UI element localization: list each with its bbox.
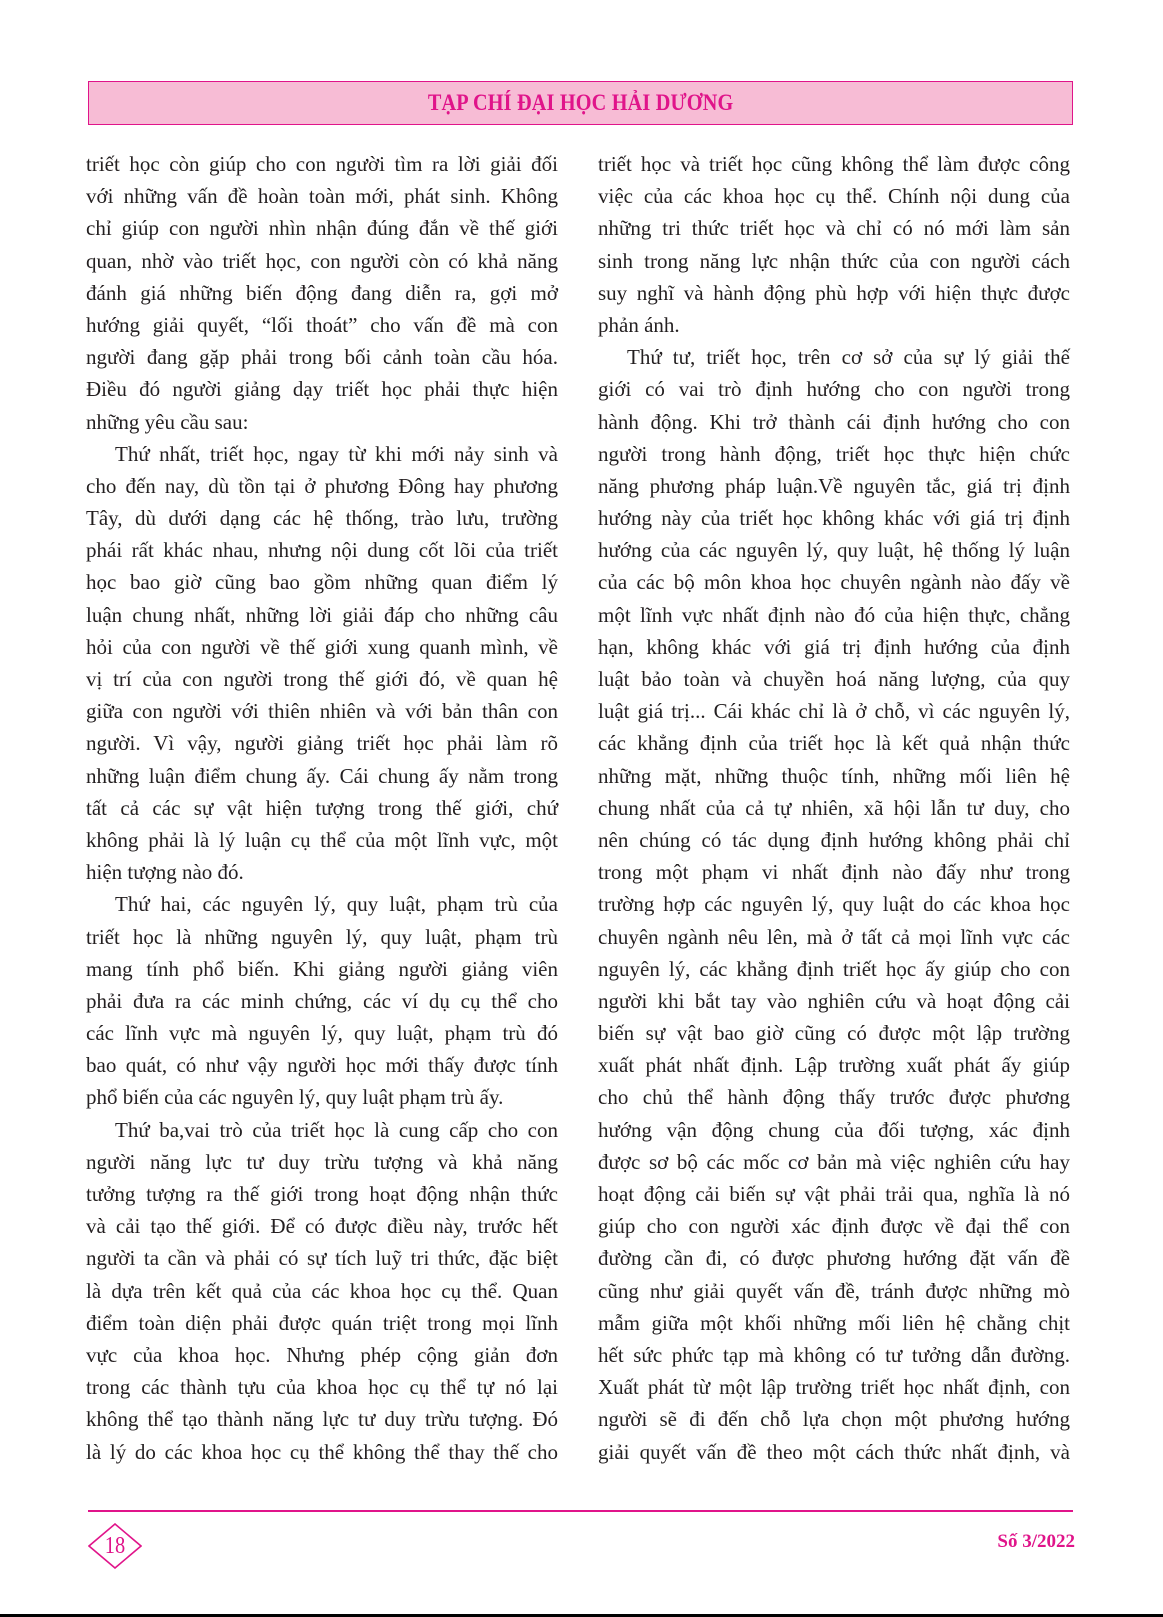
text-line: chung nhất của cả tự nhiên, xã hội lẫn t… — [598, 792, 1070, 824]
text-line: năng phương pháp luận.Về nguyên tắc, giá… — [598, 470, 1070, 502]
text-line: phải đưa ra các minh chứng, các ví dụ cụ… — [86, 985, 558, 1017]
text-line: của các bộ môn khoa học chuyên ngành nào… — [598, 566, 1070, 598]
text-line: các lĩnh vực mà nguyên lý, quy luật, phạ… — [86, 1017, 558, 1049]
text-line: người trong hành động, triết học thực hi… — [598, 438, 1070, 470]
text-line: là dựa trên kết quả của các khoa học cụ … — [86, 1275, 558, 1307]
text-line: chỉ giúp con người nhìn nhận đúng đắn về… — [86, 212, 558, 244]
text-line: xuất phát nhất định. Lập trường xuất phá… — [598, 1049, 1070, 1081]
text-line: Xuất phát từ một lập trường triết học nh… — [598, 1371, 1070, 1403]
text-line: vực của khoa học. Nhưng phép cộng giản đ… — [86, 1339, 558, 1371]
text-line: hướng giải quyết, “lối thoát” cho vấn đề… — [86, 309, 558, 341]
text-line: các khẳng định của triết học là kết quả … — [598, 727, 1070, 759]
text-line: những yêu cầu sau: — [86, 406, 558, 438]
text-line: nguyên lý, các khẳng định triết học ấy g… — [598, 953, 1070, 985]
text-line: là lý do các khoa học cụ thể không thể t… — [86, 1436, 558, 1468]
text-line: giúp cho con người xác định được về đại … — [598, 1210, 1070, 1242]
text-line: quan, nhờ vào triết học, con người còn c… — [86, 245, 558, 277]
text-line: hỏi của con người về thế giới xung quanh… — [86, 631, 558, 663]
text-line: người sẽ đi đến chỗ lựa chọn một phương … — [598, 1403, 1070, 1435]
text-line: hiện tượng nào đó. — [86, 856, 558, 888]
text-line: Thứ ba,vai trò của triết học là cung cấp… — [86, 1114, 558, 1146]
text-line: hạn, không khác với giá trị định hướng c… — [598, 631, 1070, 663]
text-line: trong một phạm vi nhất định nào đấy như … — [598, 856, 1070, 888]
text-line: tưởng tượng ra thế giới trong hoạt động … — [86, 1178, 558, 1210]
text-line: triết học còn giúp cho con người tìm ra … — [86, 148, 558, 180]
text-line: vị trí của con người trong thế giới đó, … — [86, 663, 558, 695]
text-line: tất cả các sự vật hiện tượng trong thế g… — [86, 792, 558, 824]
text-line: Thứ hai, các nguyên lý, quy luật, phạm t… — [86, 888, 558, 920]
article-column-right: triết học và triết học cũng không thể là… — [598, 148, 1070, 1468]
article-column-left: triết học còn giúp cho con người tìm ra … — [86, 148, 558, 1468]
text-line: luật bảo toàn và chuyền hoá năng lượng, … — [598, 663, 1070, 695]
issue-number: Số 3/2022 — [997, 1531, 1075, 1553]
text-line: cho chủ thể hành động thấy trước được ph… — [598, 1081, 1070, 1113]
journal-header-banner: TẠP CHÍ ĐẠI HỌC HẢI DƯƠNG — [88, 81, 1073, 125]
text-line: người ta cần và phải có sự tích luỹ tri … — [86, 1242, 558, 1274]
text-line: việc của các khoa học cụ thể. Chính nội … — [598, 180, 1070, 212]
text-line: đường cần đi, có được phương hướng đặt v… — [598, 1242, 1070, 1274]
text-line: phản ánh. — [598, 309, 1070, 341]
text-line: Tây, dù dưới dạng các hệ thống, trào lưu… — [86, 502, 558, 534]
text-line: hành động. Khi trở thành cái định hướng … — [598, 406, 1070, 438]
text-line: nên chúng có tác dụng định hướng không p… — [598, 824, 1070, 856]
text-line: phái rất khác nhau, nhưng nội dung cốt l… — [86, 534, 558, 566]
text-line: triết học và triết học cũng không thể là… — [598, 148, 1070, 180]
text-line: người năng lực tư duy trừu tượng và khả … — [86, 1146, 558, 1178]
text-line: luật giá trị... Cái khác chỉ là ở chỗ, v… — [598, 695, 1070, 727]
text-line: điểm toàn diện phải được quán triệt tron… — [86, 1307, 558, 1339]
text-line: người. Vì vậy, người giảng triết học phả… — [86, 727, 558, 759]
text-line: suy nghĩ và hành động phù hợp với hiện t… — [598, 277, 1070, 309]
text-line: trường hợp các nguyên lý, quy luật do cá… — [598, 888, 1070, 920]
text-line: biến sự vật bao giờ cũng có được một lập… — [598, 1017, 1070, 1049]
text-line: đánh giá những biến động đang diễn ra, g… — [86, 277, 558, 309]
journal-title: TẠP CHÍ ĐẠI HỌC HẢI DƯƠNG — [428, 90, 734, 116]
text-line: Điều đó người giảng dạy triết học phải t… — [86, 373, 558, 405]
text-line: giữa con người với thiên nhiên và với bả… — [86, 695, 558, 727]
text-line: cũng như giải quyết vấn đề, tránh được n… — [598, 1275, 1070, 1307]
text-line: hướng vận động chung của đối tượng, xác … — [598, 1114, 1070, 1146]
text-line: mẫm giữa một khối những mối liên hệ chằn… — [598, 1307, 1070, 1339]
text-line: được sơ bộ các mốc cơ bản mà việc nghiên… — [598, 1146, 1070, 1178]
text-line: cho đến nay, dù tồn tại ở phương Đông ha… — [86, 470, 558, 502]
text-line: người đang gặp phải trong bối cảnh toàn … — [86, 341, 558, 373]
page-number: 18 — [92, 1523, 138, 1569]
text-line: người khi bắt tay vào nghiên cứu và hoạt… — [598, 985, 1070, 1017]
page-number-badge: 18 — [88, 1523, 142, 1569]
text-line: và cải tạo thế giới. Để có được điều này… — [86, 1210, 558, 1242]
text-line: mang tính phổ biến. Khi giảng người giản… — [86, 953, 558, 985]
text-line: hướng này của triết học không khác với g… — [598, 502, 1070, 534]
text-line: một lĩnh vực nhất định nào đó của hiện t… — [598, 599, 1070, 631]
text-line: bao quát, có như vậy người học mới thấy … — [86, 1049, 558, 1081]
text-line: sinh trong năng lực nhận thức của con ng… — [598, 245, 1070, 277]
text-line: giải quyết vấn đề theo một cách thức nhấ… — [598, 1436, 1070, 1468]
text-line: học bao giờ cũng bao gồm những quan điểm… — [86, 566, 558, 598]
text-line: trong các thành tựu của khoa học cụ thể … — [86, 1371, 558, 1403]
footer-divider — [88, 1510, 1073, 1512]
text-line: không phải là lý luận cụ thể của một lĩn… — [86, 824, 558, 856]
text-line: phổ biến của các nguyên lý, quy luật phạ… — [86, 1081, 558, 1113]
text-line: hết sức phức tạp mà không có tư tưởng dẫ… — [598, 1339, 1070, 1371]
text-line: những tri thức triết học và chỉ có nó mớ… — [598, 212, 1070, 244]
text-line: không thể tạo thành năng lực tư duy trừu… — [86, 1403, 558, 1435]
text-line: triết học là những nguyên lý, quy luật, … — [86, 921, 558, 953]
text-line: giới có vai trò định hướng cho con người… — [598, 373, 1070, 405]
text-line: những luận điểm chung ấy. Cái chung ấy n… — [86, 760, 558, 792]
journal-page: TẠP CHÍ ĐẠI HỌC HẢI DƯƠNG triết học còn … — [0, 0, 1163, 1617]
text-line: luận chung nhất, những lời giải đáp cho … — [86, 599, 558, 631]
text-line: với những vấn đề hoàn toàn mới, phát sin… — [86, 180, 558, 212]
text-line: những mặt, những thuộc tính, những mối l… — [598, 760, 1070, 792]
text-line: Thứ tư, triết học, trên cơ sở của sự lý … — [598, 341, 1070, 373]
text-line: hoạt động cải biến sự vật phải trải qua,… — [598, 1178, 1070, 1210]
text-line: chuyên ngành nêu lên, mà ở tất cả mọi lĩ… — [598, 921, 1070, 953]
text-line: hướng của các nguyên lý, quy luật, hệ th… — [598, 534, 1070, 566]
text-line: Thứ nhất, triết học, ngay từ khi mới nảy… — [86, 438, 558, 470]
